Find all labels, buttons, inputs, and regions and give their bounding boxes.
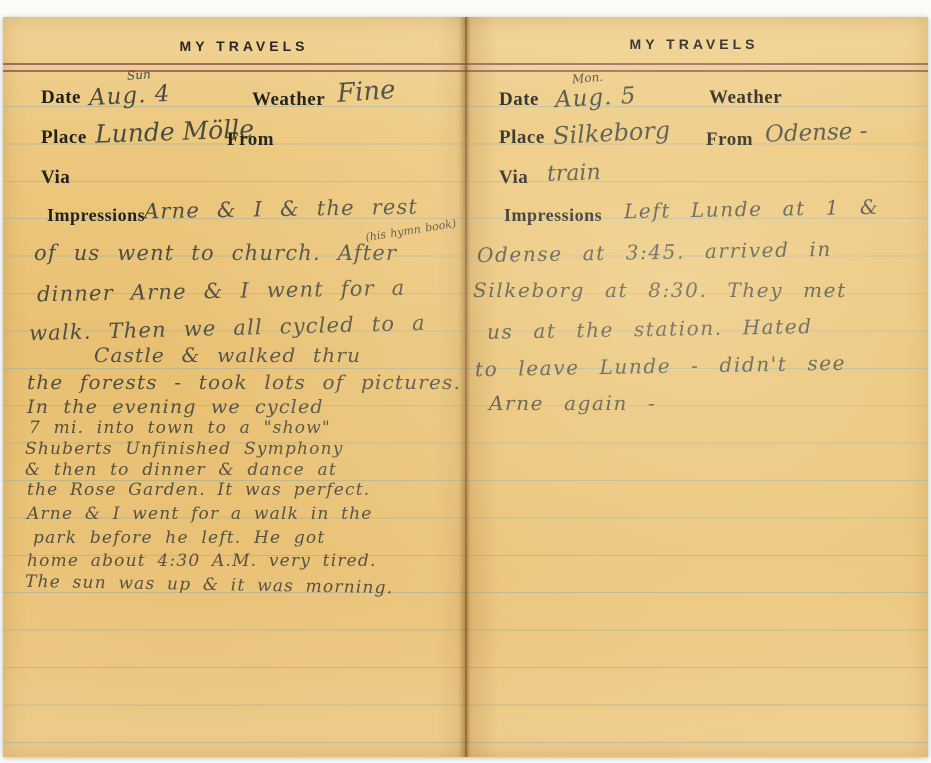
hymn-book-annotation: (his hymn book): [365, 218, 457, 243]
impressions-line: Left Lunde at 1 &: [624, 197, 880, 221]
impressions-line: the forests - took lots of pictures.: [27, 372, 461, 392]
page-title-left: MY TRAVELS: [134, 38, 354, 54]
impressions-line: of us went to church. After: [34, 243, 397, 264]
from-value-right: Odense -: [765, 120, 868, 147]
impressions-line: to leave Lunde - didn't see: [475, 353, 846, 379]
impressions-line: Arne again -: [489, 393, 656, 413]
weather-label-left: Weather: [252, 89, 325, 111]
page-title-right: MY TRAVELS: [584, 36, 804, 52]
diary-spread: MY TRAVELS Date Sun Aug. 4 Weather Fine …: [3, 17, 928, 757]
impressions-line: dinner Arne & I went for a: [37, 278, 406, 305]
place-value-right: Silkeborg: [552, 118, 670, 148]
impressions-line: The sun was up & it was morning.: [25, 574, 394, 597]
impressions-line: home about 4:30 A.M. very tired.: [27, 553, 377, 570]
impressions-line: the Rose Garden. It was perfect.: [27, 482, 370, 499]
impressions-line: Arne & I went for a walk in the: [27, 506, 373, 523]
gutter-crease: [465, 17, 467, 757]
impressions-line: Arne & I & the rest: [144, 197, 418, 223]
place-label-right: Place: [499, 127, 545, 149]
impressions-line: Silkeborg at 8:30. They met: [473, 280, 847, 300]
date-value-left: Aug. 4: [88, 83, 170, 110]
impressions-line: us at the station. Hated: [487, 316, 813, 342]
day-annotation-right: Mon.: [572, 71, 604, 86]
via-label-left: Via: [41, 167, 70, 189]
date-value-right: Aug. 5: [554, 85, 636, 112]
impressions-label-right: Impressions: [504, 205, 602, 226]
impressions-label-left: Impressions: [47, 205, 145, 226]
via-label-right: Via: [499, 167, 528, 189]
place-label-left: Place: [41, 127, 87, 149]
weather-label-right: Weather: [709, 87, 782, 109]
impressions-line: 7 mi. into town to a "show": [29, 420, 331, 437]
impressions-line: Shuberts Unfinished Symphony: [25, 441, 344, 458]
impressions-line: & then to dinner & dance at: [25, 462, 337, 479]
impressions-line: Castle & walked thru: [94, 345, 361, 365]
from-label-left: From: [227, 129, 274, 151]
from-label-right: From: [706, 129, 753, 151]
impressions-line: In the evening we cycled: [27, 398, 324, 417]
impressions-line: walk. Then we all cycled to a: [29, 313, 426, 344]
via-value-right: train: [547, 162, 601, 186]
impressions-line: park before he left. He got: [33, 530, 325, 547]
date-label-right: Date: [499, 89, 539, 111]
date-label-left: Date: [41, 87, 81, 109]
impressions-line: Odense at 3:45. arrived in: [477, 239, 832, 265]
weather-value-left: Fine: [336, 77, 396, 107]
day-annotation-left: Sun: [127, 68, 151, 82]
